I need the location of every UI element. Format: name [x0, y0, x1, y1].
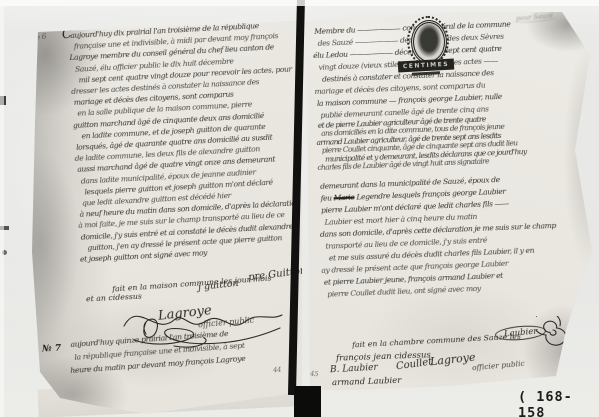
stamp-banner: CENTIMES: [398, 59, 454, 73]
stamp-emblem: [411, 20, 447, 64]
frame-number-label: ( 168-158: [518, 389, 599, 417]
stamp-base-bar: [412, 71, 440, 75]
signature-b-laubier: B. Laubier: [330, 363, 378, 375]
signature-armand-laubier: armand Laubier: [332, 376, 402, 388]
right-text-bottom: pierre Laubier m'ont déclaré que ledit c…: [321, 196, 559, 301]
official-signature-name-right: Lagroye: [429, 351, 476, 369]
right-text-cramped: et de pierre Laubier agriculteur âgé de …: [318, 113, 554, 172]
revenue-stamp: CENTIMES: [396, 16, 458, 76]
struck-word: Marie: [333, 193, 354, 203]
left-text-block: aujourd'huy dix prairial l'an troisième …: [70, 18, 302, 264]
left-page: № 6 C aujourd'huy dix prairial l'an troi…: [28, 14, 302, 417]
binding-gutter-shadow-bottom: [294, 386, 321, 417]
folio-number-left: 44: [273, 366, 282, 375]
left-margin-act-number-2: № 7: [42, 344, 62, 355]
official-signature-flourish: [116, 290, 291, 352]
folio-number-right: 45: [310, 370, 319, 378]
right-page: pour Sauzé Membre du —————— conseil géné…: [300, 6, 594, 390]
scanned-register-document: № 6 C aujourd'huy dix prairial l'an troi…: [0, 0, 599, 417]
official-signature-title-right: officier public: [472, 359, 525, 373]
signature-spiral-flourish: [536, 316, 570, 346]
scan-frame-edge-top: [0, 0, 599, 6]
struck-line-pre: feu: [320, 194, 333, 203]
scan-frame-edge-left: [0, 0, 4, 417]
left-margin-act-number: № 6: [33, 32, 47, 42]
